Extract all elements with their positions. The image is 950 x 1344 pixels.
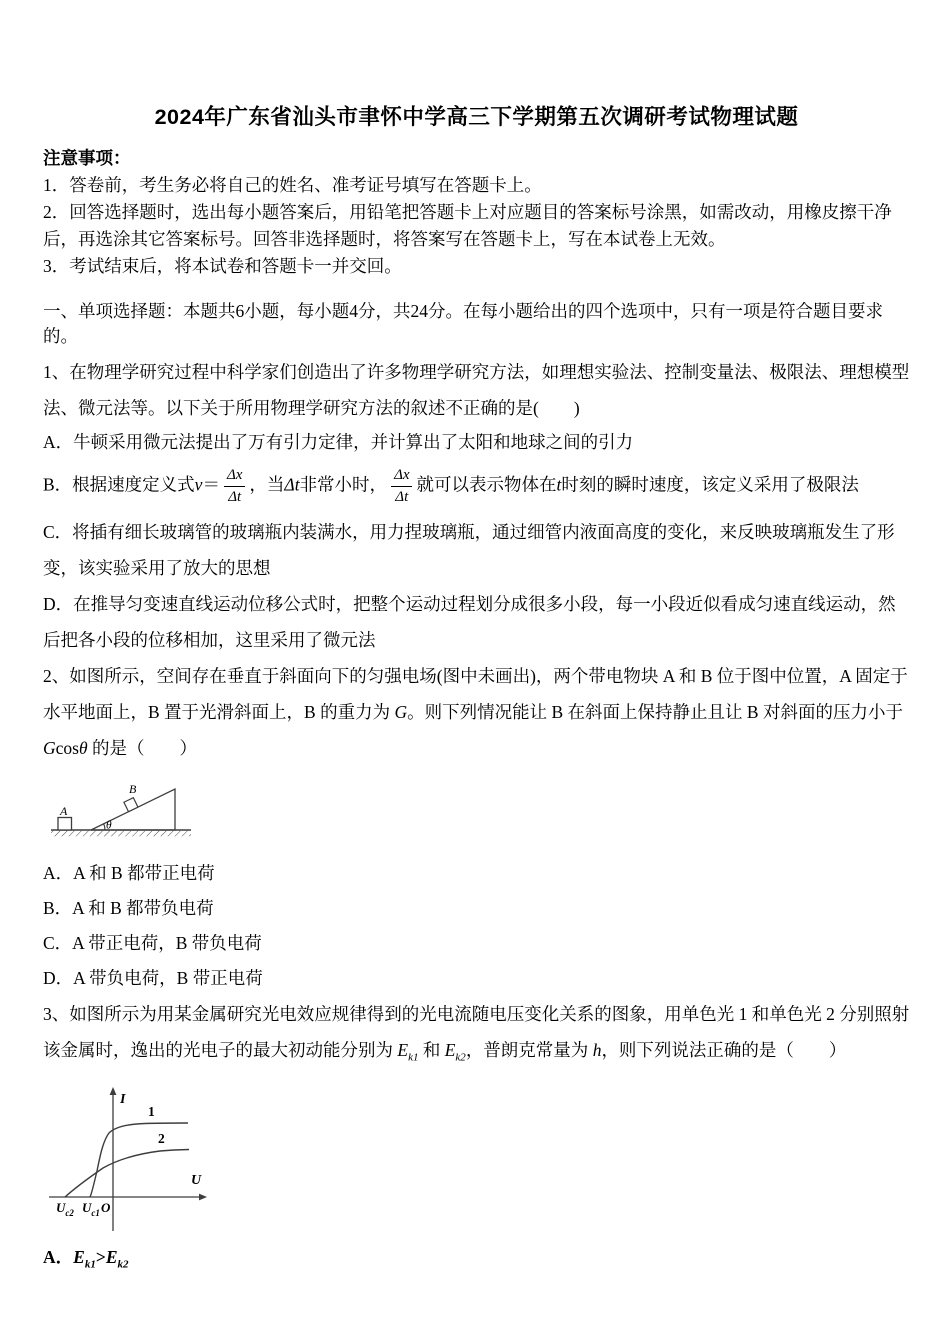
q2-stem-part3: 的是（ ） [88,738,197,758]
i-axis-label: I [119,1092,126,1107]
sub-k2-opt: k2 [118,1259,129,1271]
question-3-option-a: A．Ek1>Ek2 [43,1242,910,1280]
var-theta: θ [79,738,88,758]
curve-2-label: 2 [158,1131,165,1146]
photocurrent-voltage-graph: I U O Uc2 Uc1 1 2 [45,1081,260,1239]
question-3-stem: 3、如图所示为用某金属研究光电效应规律得到的光电流随电压变化关系的图象，用单色光… [43,996,910,1076]
theta-arc [103,823,105,830]
u-axis-label: U [191,1173,202,1188]
var-Ek1: E [397,1040,408,1060]
curve-1-label: 1 [148,1104,155,1119]
sub-k1: k1 [408,1051,418,1063]
question-2-option-a: A．A 和 B 都带正电荷 [43,856,910,891]
question-1-stem: 1、在物理学研究过程中科学家们创造出了许多物理学研究方法，如理想实验法、控制变量… [43,354,910,426]
greater-than-sign: > [96,1247,106,1267]
q3-and: 和 [418,1040,444,1060]
block-a [58,817,72,830]
option-b-lead: B．根据速度定义式 [43,474,195,494]
equals-sign: ＝ [202,474,220,494]
var-delta-t: Δt [284,474,299,494]
u-axis-arrow [199,1194,207,1201]
q3-option-a-label: A． [43,1247,73,1267]
note-item-3: 3．考试结束后，将本试卷和答题卡一并交回。 [43,253,910,280]
incline-plane-figure: A θ B [49,778,199,842]
block-b [124,797,138,811]
var-Ek2-opt: E [106,1247,118,1267]
q3-stem-part3: ，则下列说法正确的是（ ） [601,1040,846,1060]
section-heading-single-choice: 一、单项选择题：本题共6小题，每小题4分，共24分。在每小题给出的四个选项中，只… [43,299,910,349]
option-b-mid1: ，当 [249,474,284,494]
exam-paper-page: 2024年广东省汕头市聿怀中学高三下学期第五次调研考试物理试题 注意事项： 1．… [0,100,950,1280]
curve-2 [65,1150,189,1198]
question-1-option-d: D．在推导匀变速直线运动位移公式时，把整个运动过程划分成很多小段，每一小段近似看… [43,586,910,658]
question-2-option-c: C．A 带正电荷，B 带负电荷 [43,926,910,961]
option-b-mid3: 就可以表示物体在 [417,474,557,494]
var-Ek2: E [445,1040,456,1060]
question-1-option-a: A．牛顿采用微元法提出了万有引力定律，并计算出了太阳和地球之间的引力 [43,426,910,459]
page-title: 2024年广东省汕头市聿怀中学高三下学期第五次调研考试物理试题 [43,100,910,131]
question-1-option-c: C．将插有细长玻璃管的玻璃瓶内装满水，用力捏玻璃瓶，通过细管内液面高度的变化，来… [43,514,910,586]
ground-hatching [51,830,191,836]
question-1-option-b: B．根据速度定义式v＝ΔxΔt，当Δt非常小时，ΔxΔt就可以表示物体在t时刻的… [43,459,910,514]
question-2-stem: 2、如图所示，空间存在垂直于斜面向下的匀强电场(图中未画出)，两个带电物块 A … [43,658,910,766]
q3-stem-part2: ，普朗克常量为 [466,1040,593,1060]
notes-heading: 注意事项： [43,145,910,172]
origin-label: O [101,1200,111,1215]
note-item-2: 2．回答选择题时，选出每小题答案后，用铅笔把答题卡上对应题目的答案标号涂黑，如需… [43,199,910,253]
theta-label: θ [106,819,112,831]
var-G: G [394,702,407,722]
i-axis-arrow [110,1087,117,1095]
var-G-2: G [43,738,56,758]
sub-k2: k2 [455,1051,465,1063]
question-2-options: A．A 和 B 都带正电荷 B．A 和 B 都带负电荷 C．A 带正电荷，B 带… [43,856,910,996]
fn-cos: cos [56,738,79,758]
note-item-1: 1．答卷前，考生务必将自己的姓名、准考证号填写在答题卡上。 [43,172,910,199]
question-2-option-d: D．A 带负电荷，B 带正电荷 [43,961,910,996]
option-b-tail: 时刻的瞬时速度，该定义采用了极限法 [561,474,859,494]
uc1-label: Uc1 [82,1200,100,1218]
curve-1 [90,1123,188,1197]
block-a-label: A [59,804,68,818]
sub-k1-opt: k1 [85,1259,96,1271]
var-Ek1-opt: E [73,1247,85,1267]
question-2-option-b: B．A 和 B 都带负电荷 [43,891,910,926]
fraction-dx-dt-1: ΔxΔt [223,466,246,507]
fraction-dx-dt-2: ΔxΔt [390,466,413,507]
block-b-label: B [129,782,137,796]
uc2-label: Uc2 [56,1200,74,1218]
q2-stem-part2: 。则下列情况能让 B 在斜面上保持静止且让 B 对斜面的压力小于 [407,702,903,722]
option-b-mid2: 非常小时， [300,474,388,494]
